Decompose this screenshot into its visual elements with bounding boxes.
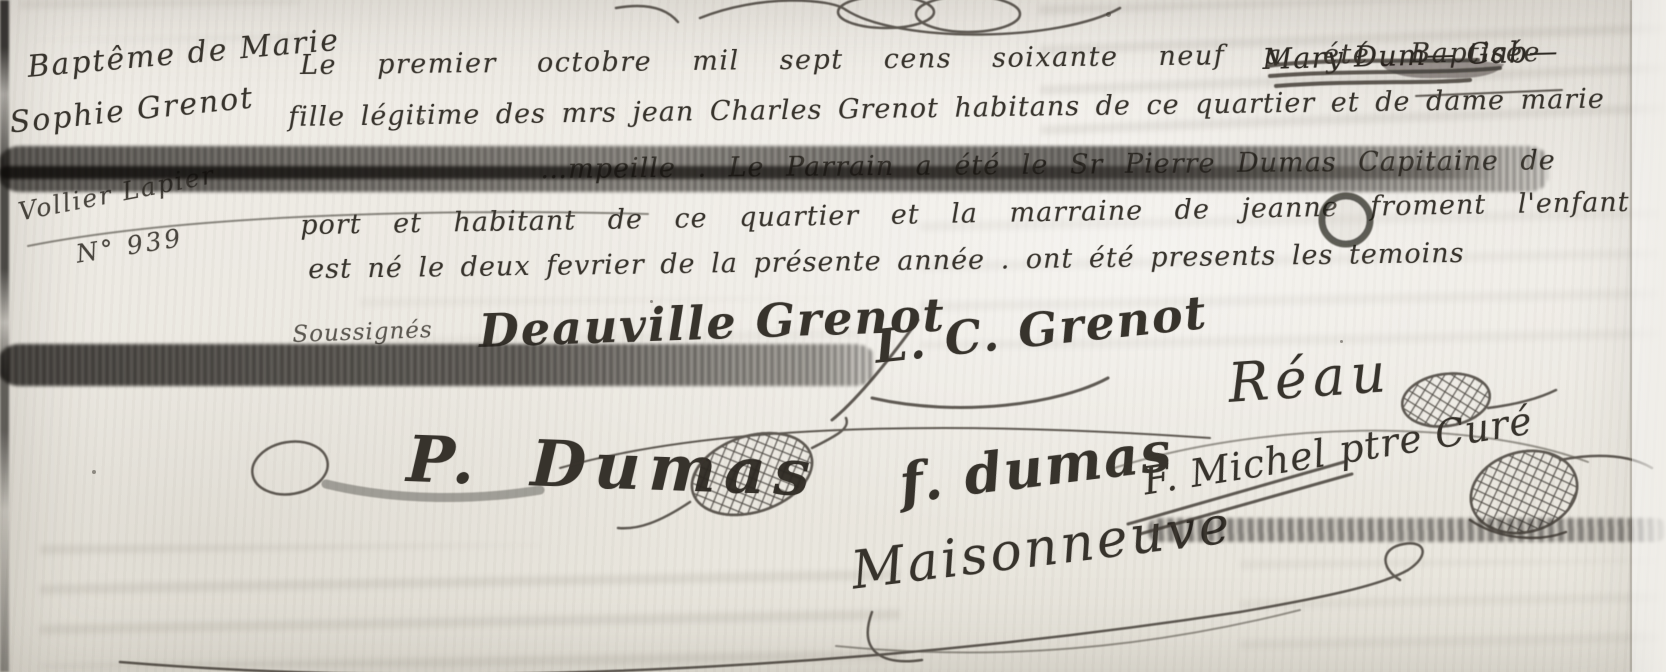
binding-edge-shadow: [0, 0, 9, 672]
p-initial-oval: [248, 436, 332, 500]
michel-cure-flourishes: [1108, 431, 1652, 545]
dumas-ascender-line: [560, 428, 1210, 468]
margin-underline: [28, 212, 648, 246]
ink-speck: [1340, 340, 1343, 343]
pen-flourish-layer: [0, 0, 1666, 672]
top-flourish: [616, 0, 1120, 35]
page-right-margin-strip: [1632, 0, 1666, 672]
p-dumas-flourishes: [248, 418, 1210, 529]
parish-register-scan: Baptême de Marie Sophie Grenot Vollier L…: [0, 0, 1666, 672]
maisonneuve-underline-flourish: [120, 543, 1423, 672]
ink-speck: [650, 300, 653, 303]
ink-speck: [420, 118, 424, 122]
reau-paraphe-crosshatch: [1399, 368, 1556, 432]
strike-scribble: [1268, 58, 1562, 96]
grenot-underswash: [832, 320, 1108, 420]
ink-speck: [92, 470, 96, 474]
blot-ring: [1322, 196, 1370, 244]
michel-strike-lines: [1128, 462, 1344, 524]
ink-speck: [1106, 12, 1111, 17]
